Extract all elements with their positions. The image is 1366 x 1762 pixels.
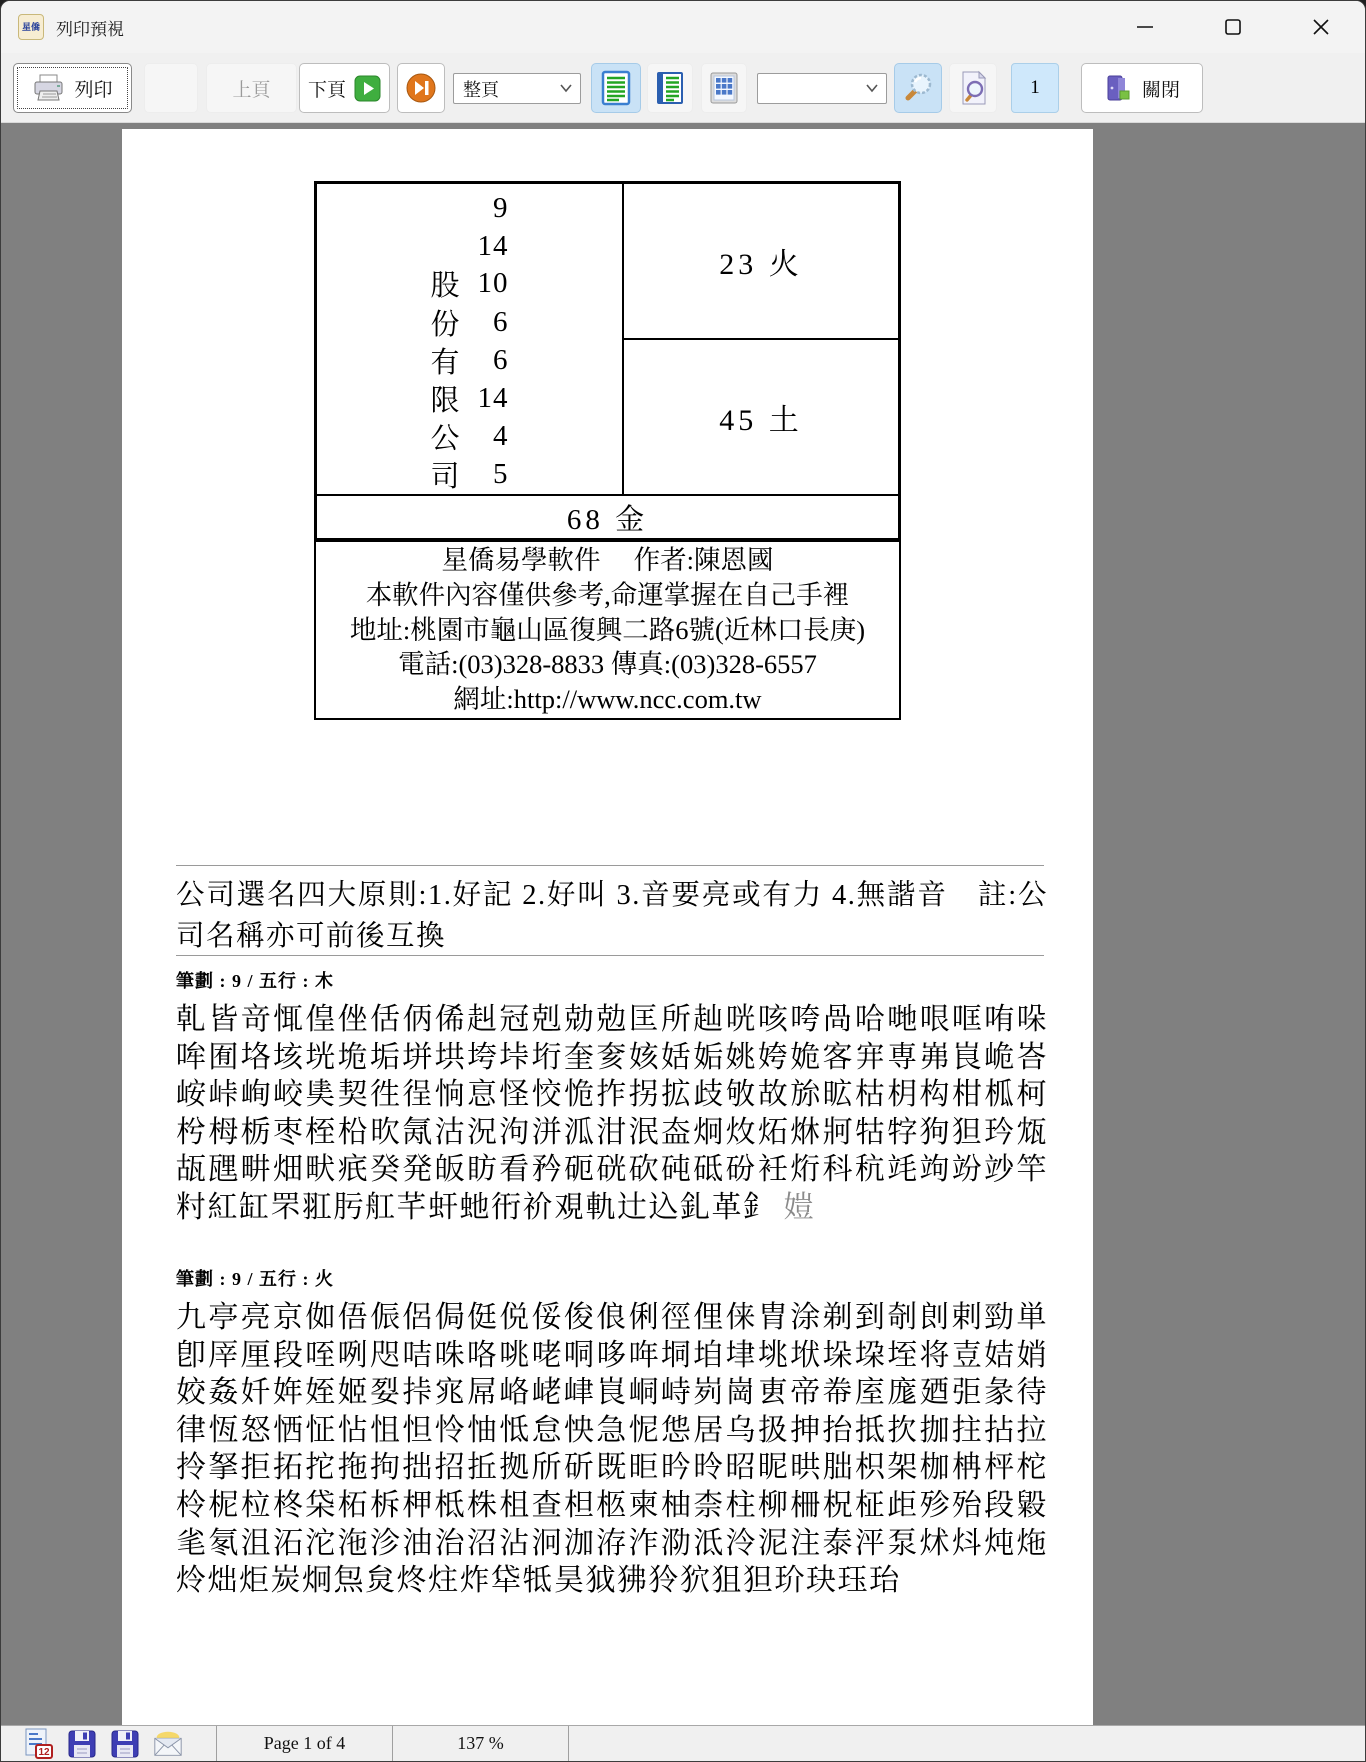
svg-text:12: 12 xyxy=(38,1747,50,1758)
current-page-number: 1 xyxy=(1030,77,1040,99)
print-preview-window: 星僑 列印預視 列印 xyxy=(0,0,1366,1762)
section-header-wood: 筆劃 : 9 / 五行 : 木 xyxy=(176,967,334,993)
page-number-setup-icon[interactable]: 12 xyxy=(23,1729,55,1759)
divider xyxy=(176,865,1044,866)
last-page-button[interactable] xyxy=(397,63,445,113)
save-icon[interactable] xyxy=(66,1729,98,1759)
prev-page-button[interactable]: 上頁 xyxy=(206,63,297,113)
two-page-view-button[interactable] xyxy=(647,63,693,113)
skip-to-end-icon xyxy=(405,72,437,104)
info-line: 星僑易學軟件 作者:陳恩國 xyxy=(442,543,774,578)
email-icon[interactable] xyxy=(152,1729,184,1759)
element-cell-bottom: 45 土 xyxy=(624,340,898,494)
maximize-icon[interactable] xyxy=(1189,1,1277,53)
document-page: 9 14 股10 份6 xyxy=(122,129,1093,1727)
char-list-fire: 九亭亮京侞俉侲侶侷侹侻俀俊俍俐徑俚俫胄涂剃到剞剆剌勁単卽厗厘段咥咧咫咭咮咯咷咾哃… xyxy=(176,1299,1048,1600)
exit-door-icon xyxy=(1104,73,1134,103)
info-line: 地址:桃園市龜山區復興二路6號(近林口長庚) xyxy=(350,613,865,648)
spacer-button[interactable] xyxy=(144,63,198,113)
stroke-row: 限14 xyxy=(431,379,509,417)
multi-page-view-button[interactable] xyxy=(701,63,747,113)
next-page-button[interactable]: 下頁 xyxy=(299,63,390,113)
prev-page-label: 上頁 xyxy=(232,75,270,102)
chevron-down-icon xyxy=(866,84,878,93)
chevron-down-icon xyxy=(560,84,572,93)
stroke-row: 公4 xyxy=(431,418,509,456)
two-page-icon xyxy=(656,71,684,105)
info-line: 本軟件內容僅供參考,命運掌握在自己手裡 xyxy=(366,578,850,613)
page-grid-icon xyxy=(710,72,738,104)
company-name-strokes-cell: 9 14 股10 份6 xyxy=(317,184,624,494)
total-strokes-cell: 68 金 xyxy=(317,496,898,538)
magnifier-page-icon xyxy=(957,70,989,106)
stroke-row: 有6 xyxy=(431,341,509,379)
element-cell-top: 23 火 xyxy=(624,184,898,340)
naming-principles-text: 公司選名四大原則:1.好記 2.好叫 3.音要亮或有力 4.無諧音 註:公司名稱… xyxy=(176,875,1048,957)
statusbar-icons: 12 xyxy=(1,1726,216,1761)
app-logo-icon: 星僑 xyxy=(18,14,44,40)
zoom-mode-select[interactable]: 整頁 xyxy=(453,73,581,104)
fallback-char: 㜐 xyxy=(784,1191,816,1224)
zoom-percent-select[interactable] xyxy=(757,73,887,104)
current-page-box[interactable]: 1 xyxy=(1011,63,1059,113)
char-list-wood: 乹皆竒㤴偟侳佸㑂俙赳冠剋勀勊匡所赸咣咳咵咼哈哋哏哐哊哚哞囿垎垓垙垝垢垪垬垮垰垳奎… xyxy=(176,1001,1048,1227)
zoom-page-button[interactable] xyxy=(949,63,997,113)
titlebar: 星僑 列印預視 xyxy=(1,1,1365,53)
name-analysis-table: 9 14 股10 份6 xyxy=(314,181,901,541)
software-info-box: 星僑易學軟件 作者:陳恩國本軟件內容僅供參考,命運掌握在自己手裡地址:桃園市龜山… xyxy=(314,540,901,720)
page-indicator: Page 1 of 4 xyxy=(216,1726,392,1761)
zoom-mode-value: 整頁 xyxy=(463,76,499,102)
stroke-row: 股10 xyxy=(431,265,509,303)
preview-canvas: 9 14 股10 份6 xyxy=(1,123,1365,1727)
info-line: 電話:(03)328-8833 傳真:(03)328-6557 xyxy=(398,647,817,682)
zoom-indicator: 137 % xyxy=(392,1726,568,1761)
play-icon xyxy=(354,75,381,102)
info-line: 網址:http://www.ncc.com.tw xyxy=(453,682,761,717)
stroke-row: 份6 xyxy=(431,303,509,341)
statusbar: 12 xyxy=(1,1725,1365,1761)
close-icon[interactable] xyxy=(1277,1,1365,53)
toolbar: 列印 上頁 下頁 整頁 xyxy=(1,53,1365,123)
next-page-label: 下頁 xyxy=(308,75,346,102)
zoom-tool-button[interactable] xyxy=(894,63,942,113)
close-preview-label: 關閉 xyxy=(1142,75,1180,102)
section-header-fire: 筆劃 : 9 / 五行 : 火 xyxy=(176,1265,334,1291)
close-preview-button[interactable]: 關閉 xyxy=(1081,63,1203,113)
stroke-row: 14 xyxy=(431,227,509,264)
print-button-label: 列印 xyxy=(74,75,112,102)
printer-icon xyxy=(32,73,66,103)
divider xyxy=(176,955,1044,956)
single-page-view-button[interactable] xyxy=(591,63,641,113)
window-controls xyxy=(1101,1,1365,53)
magnifier-icon xyxy=(901,71,935,105)
single-page-icon xyxy=(601,70,631,106)
print-button[interactable]: 列印 xyxy=(13,63,132,113)
stroke-row: 司5 xyxy=(431,456,509,494)
window-title: 列印預視 xyxy=(56,15,124,40)
save-as-icon[interactable] xyxy=(109,1729,141,1759)
stroke-row: 9 xyxy=(431,190,509,227)
statusbar-filler xyxy=(568,1726,1365,1761)
minimize-icon[interactable] xyxy=(1101,1,1189,53)
